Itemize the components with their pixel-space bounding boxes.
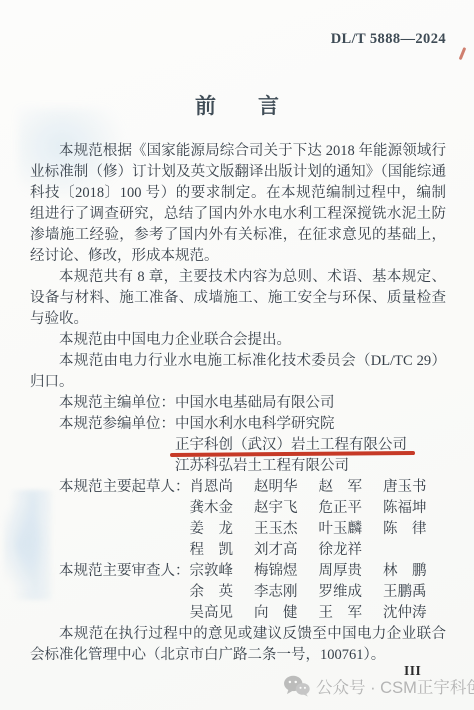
drafter-name: 叶玉麟 bbox=[319, 519, 363, 540]
drafter-name: 刘才高 bbox=[254, 540, 298, 561]
drafter-name: 赵明华 bbox=[254, 477, 298, 498]
paragraph-under-jurisdiction: 本规范由电力行业水电施工标准化技术委员会（DL/TC 29）归口。 bbox=[30, 351, 446, 393]
reviewer-name: 余 英 bbox=[190, 582, 234, 603]
drafter-name: 赵宇飞 bbox=[254, 498, 298, 519]
reviewer-name: 沈仲涛 bbox=[383, 603, 427, 624]
drafter-name: 姜 龙 bbox=[190, 519, 234, 540]
paragraph-contents: 本规范共有 8 章，主要技术内容为总则、术语、基本规定、设备与材料、施工准备、成… bbox=[30, 267, 446, 330]
co-editor-item: 江苏科弘岩土工程有限公司 bbox=[175, 456, 349, 477]
co-editor-item: 中国水利水电科学研究院 bbox=[175, 414, 335, 435]
reviewer-name: 罗维成 bbox=[319, 582, 363, 603]
co-editor-row: 本规范参编单位： 中国水利水电科学研究院 正宇科创（武汉）岩土工程有限公司 江苏… bbox=[30, 414, 446, 477]
drafter-name: 龚木金 bbox=[190, 498, 234, 519]
reviewer-name: 周厚贵 bbox=[319, 561, 363, 582]
watermark-text: 公众号 · CSM正宇科创 bbox=[316, 674, 474, 698]
drafter-name: 唐玉书 bbox=[383, 477, 427, 498]
drafters-names: 肖恩尚 赵明华 赵 军 唐玉书 龚木金 赵宇飞 危正平 陈福坤 姜 龙 王玉杰 … bbox=[190, 477, 427, 561]
chief-editor-row: 本规范主编单位： 中国水电基础局有限公司 bbox=[30, 393, 446, 414]
paragraph-proposed-by: 本规范由中国电力企业联合会提出。 bbox=[30, 330, 446, 351]
page-title: 前 言 bbox=[0, 90, 474, 120]
reviewers-names: 宗敦峰 梅锦煜 周厚贵 林 鹏 余 英 李志刚 罗维成 王鹏禹 吴高见 向 健 … bbox=[190, 561, 427, 624]
reviewer-name: 宗敦峰 bbox=[190, 561, 234, 582]
document-page: DL/T 5888—2024 前 言 本规范根据《国家能源局综合司关于下达 20… bbox=[0, 0, 474, 710]
drafter-name: 王玉杰 bbox=[254, 519, 298, 540]
drafter-name: 危正平 bbox=[319, 498, 363, 519]
watermark: 公众号 · CSM正宇科创 bbox=[283, 674, 474, 698]
drafter-name: 程 凯 bbox=[190, 540, 234, 561]
chief-editor-label: 本规范主编单位： bbox=[59, 393, 175, 414]
co-editor-item-highlighted: 正宇科创（武汉）岩土工程有限公司 bbox=[175, 435, 407, 456]
drafters-label: 本规范主要起草人： bbox=[59, 477, 190, 498]
reviewer-name: 王鹏禹 bbox=[383, 582, 427, 603]
wechat-icon bbox=[283, 675, 310, 697]
drafter-name: 陈福坤 bbox=[383, 498, 427, 519]
paragraph-feedback: 本规范在执行过程中的意见或建议反馈至中国电力企业联合会标准化管理中心（北京市白广… bbox=[30, 624, 446, 666]
reviewers-row: 本规范主要审查人： 宗敦峰 梅锦煜 周厚贵 林 鹏 余 英 李志刚 罗维成 王鹏… bbox=[30, 561, 446, 624]
co-editor-label: 本规范参编单位： bbox=[59, 414, 175, 435]
reviewer-name: 李志刚 bbox=[254, 582, 298, 603]
reviewer-name: 向 健 bbox=[254, 603, 298, 624]
drafter-name: 赵 军 bbox=[319, 477, 363, 498]
drafter-name: 徐龙祥 bbox=[319, 540, 363, 561]
chief-editor-value: 中国水电基础局有限公司 bbox=[175, 393, 335, 414]
document-body: 本规范根据《国家能源局综合司关于下达 2018 年能源领域行业标准制（修）订计划… bbox=[30, 141, 446, 666]
reviewer-name: 吴高见 bbox=[190, 603, 234, 624]
reviewer-name: 王 军 bbox=[319, 603, 363, 624]
drafter-name: 陈 律 bbox=[383, 519, 427, 540]
doc-code: DL/T 5888—2024 bbox=[331, 31, 446, 48]
reviewers-label: 本规范主要审查人： bbox=[59, 561, 190, 582]
reviewer-name: 梅锦煜 bbox=[254, 561, 298, 582]
paragraph-basis: 本规范根据《国家能源局综合司关于下达 2018 年能源领域行业标准制（修）订计划… bbox=[30, 141, 446, 267]
drafter-name: 肖恩尚 bbox=[190, 477, 234, 498]
co-editor-values: 中国水利水电科学研究院 正宇科创（武汉）岩土工程有限公司 江苏科弘岩土工程有限公… bbox=[175, 414, 407, 477]
reviewer-name: 林 鹏 bbox=[383, 561, 427, 582]
drafters-row: 本规范主要起草人： 肖恩尚 赵明华 赵 军 唐玉书 龚木金 赵宇飞 危正平 陈福… bbox=[30, 477, 446, 561]
red-pen-mark bbox=[459, 47, 466, 60]
page-number: III bbox=[404, 663, 421, 679]
